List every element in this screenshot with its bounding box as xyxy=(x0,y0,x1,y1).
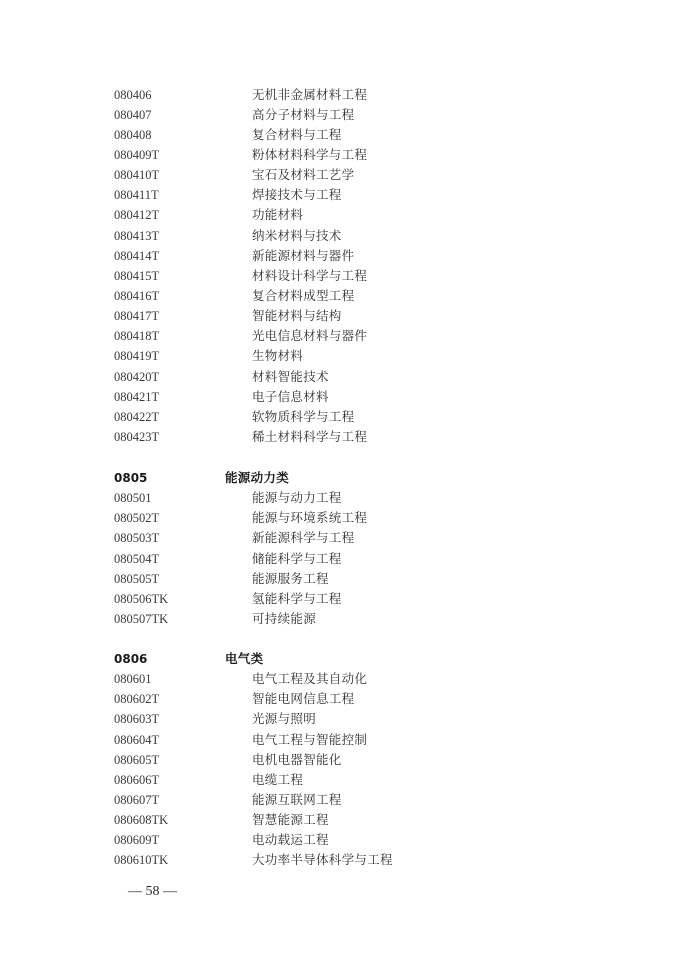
major-name: 电气工程及其自动化 xyxy=(252,669,367,689)
major-row: 080406无机非金属材料工程 xyxy=(114,85,534,105)
major-row: 080413T纳米材料与技术 xyxy=(114,226,534,246)
major-row: 080602T智能电网信息工程 xyxy=(114,689,534,709)
major-name: 电机电器智能化 xyxy=(252,750,342,770)
major-name: 纳米材料与技术 xyxy=(252,226,342,246)
major-code: 080505T xyxy=(114,569,159,589)
major-name: 软物质科学与工程 xyxy=(252,407,354,427)
major-name: 宝石及材料工艺学 xyxy=(252,165,354,185)
major-name: 新能源材料与器件 xyxy=(252,246,354,266)
major-code: 080423T xyxy=(114,427,159,447)
major-row: 080601电气工程及其自动化 xyxy=(114,669,534,689)
major-row: 080418T光电信息材料与器件 xyxy=(114,326,534,346)
major-code: 080420T xyxy=(114,367,159,387)
major-code: 080413T xyxy=(114,226,159,246)
major-name: 光源与照明 xyxy=(252,709,316,729)
major-code: 080409T xyxy=(114,145,159,165)
major-row: 080505T能源服务工程 xyxy=(114,569,534,589)
major-name: 生物材料 xyxy=(252,346,303,366)
major-code: 080407 xyxy=(114,105,152,125)
major-name: 材料智能技术 xyxy=(252,367,329,387)
major-code: 080608TK xyxy=(114,810,168,830)
major-code: 080414T xyxy=(114,246,159,266)
major-row: 080603T光源与照明 xyxy=(114,709,534,729)
major-row: 080502T能源与环境系统工程 xyxy=(114,508,534,528)
major-name: 复合材料与工程 xyxy=(252,125,342,145)
major-row: 080501能源与动力工程 xyxy=(114,488,534,508)
major-row: 080604T电气工程与智能控制 xyxy=(114,730,534,750)
major-row: 080504T储能科学与工程 xyxy=(114,549,534,569)
major-name: 能源与环境系统工程 xyxy=(252,508,367,528)
major-code: 080502T xyxy=(114,508,159,528)
major-row: 080507TK可持续能源 xyxy=(114,609,534,629)
major-code: 080408 xyxy=(114,125,152,145)
major-code: 080412T xyxy=(114,205,159,225)
major-row: 080414T新能源材料与器件 xyxy=(114,246,534,266)
major-name: 大功率半导体科学与工程 xyxy=(252,850,393,870)
major-code: 080501 xyxy=(114,488,152,508)
major-name: 电子信息材料 xyxy=(252,387,329,407)
major-name: 高分子材料与工程 xyxy=(252,105,354,125)
major-row: 080417T智能材料与结构 xyxy=(114,306,534,326)
major-name: 智能电网信息工程 xyxy=(252,689,354,709)
major-code: 080610TK xyxy=(114,850,168,870)
major-code: 080417T xyxy=(114,306,159,326)
major-row: 080503T新能源科学与工程 xyxy=(114,528,534,548)
major-code: 080421T xyxy=(114,387,159,407)
major-code: 080606T xyxy=(114,770,159,790)
major-code: 080411T xyxy=(114,185,159,205)
major-code: 080503T xyxy=(114,528,159,548)
major-row: 080408复合材料与工程 xyxy=(114,125,534,145)
major-code: 080418T xyxy=(114,326,159,346)
major-row: 080410T宝石及材料工艺学 xyxy=(114,165,534,185)
major-row: 080416T复合材料成型工程 xyxy=(114,286,534,306)
major-name: 无机非金属材料工程 xyxy=(252,85,367,105)
major-row: 080420T材料智能技术 xyxy=(114,367,534,387)
major-code: 080410T xyxy=(114,165,159,185)
major-code: 080507TK xyxy=(114,609,168,629)
major-code: 080406 xyxy=(114,85,152,105)
major-name: 智慧能源工程 xyxy=(252,810,329,830)
page-number: — 58 — xyxy=(128,882,177,902)
category-name: 能源动力类 xyxy=(225,468,289,488)
major-code: 080607T xyxy=(114,790,159,810)
major-row: 080421T电子信息材料 xyxy=(114,387,534,407)
major-name: 复合材料成型工程 xyxy=(252,286,354,306)
major-name: 焊接技术与工程 xyxy=(252,185,342,205)
major-row: 080412T功能材料 xyxy=(114,205,534,225)
major-row: 080407高分子材料与工程 xyxy=(114,105,534,125)
major-name: 智能材料与结构 xyxy=(252,306,342,326)
major-row: 080415T材料设计科学与工程 xyxy=(114,266,534,286)
major-name: 稀土材料科学与工程 xyxy=(252,427,367,447)
major-code: 080602T xyxy=(114,689,159,709)
category-name: 电气类 xyxy=(225,649,263,669)
major-code: 080422T xyxy=(114,407,159,427)
major-row: 080605T电机电器智能化 xyxy=(114,750,534,770)
major-row: 080409T粉体材料科学与工程 xyxy=(114,145,534,165)
major-code: 080601 xyxy=(114,669,152,689)
major-name: 可持续能源 xyxy=(252,609,316,629)
major-name: 电气工程与智能控制 xyxy=(252,730,367,750)
major-code: 080609T xyxy=(114,830,159,850)
major-row: 080607T能源互联网工程 xyxy=(114,790,534,810)
major-code: 080504T xyxy=(114,549,159,569)
major-code: 080416T xyxy=(114,286,159,306)
major-name: 材料设计科学与工程 xyxy=(252,266,367,286)
category-row-0806: 0806电气类 xyxy=(114,649,534,669)
major-row: 080423T稀土材料科学与工程 xyxy=(114,427,534,447)
category-row-0805: 0805能源动力类 xyxy=(114,468,534,488)
major-name: 能源与动力工程 xyxy=(252,488,342,508)
document-page: 080406无机非金属材料工程 080407高分子材料与工程 080408复合材… xyxy=(0,0,677,958)
category-code: 0805 xyxy=(114,468,147,488)
major-name: 功能材料 xyxy=(252,205,303,225)
major-name: 光电信息材料与器件 xyxy=(252,326,367,346)
major-name: 新能源科学与工程 xyxy=(252,528,354,548)
major-code: 080415T xyxy=(114,266,159,286)
major-name: 电动载运工程 xyxy=(252,830,329,850)
major-code: 080419T xyxy=(114,346,159,366)
major-name: 氢能科学与工程 xyxy=(252,589,342,609)
major-row: 080419T生物材料 xyxy=(114,346,534,366)
major-name: 能源服务工程 xyxy=(252,569,329,589)
major-code: 080506TK xyxy=(114,589,168,609)
major-name: 电缆工程 xyxy=(252,770,303,790)
major-row: 080609T电动载运工程 xyxy=(114,830,534,850)
major-row: 080608TK智慧能源工程 xyxy=(114,810,534,830)
major-row: 080606T电缆工程 xyxy=(114,770,534,790)
major-name: 粉体材料科学与工程 xyxy=(252,145,367,165)
major-code: 080605T xyxy=(114,750,159,770)
major-row: 080411T焊接技术与工程 xyxy=(114,185,534,205)
major-row: 080422T软物质科学与工程 xyxy=(114,407,534,427)
major-code: 080603T xyxy=(114,709,159,729)
major-name: 能源互联网工程 xyxy=(252,790,342,810)
major-name: 储能科学与工程 xyxy=(252,549,342,569)
major-code: 080604T xyxy=(114,730,159,750)
category-code: 0806 xyxy=(114,649,147,669)
major-row: 080506TK氢能科学与工程 xyxy=(114,589,534,609)
major-row: 080610TK大功率半导体科学与工程 xyxy=(114,850,534,870)
